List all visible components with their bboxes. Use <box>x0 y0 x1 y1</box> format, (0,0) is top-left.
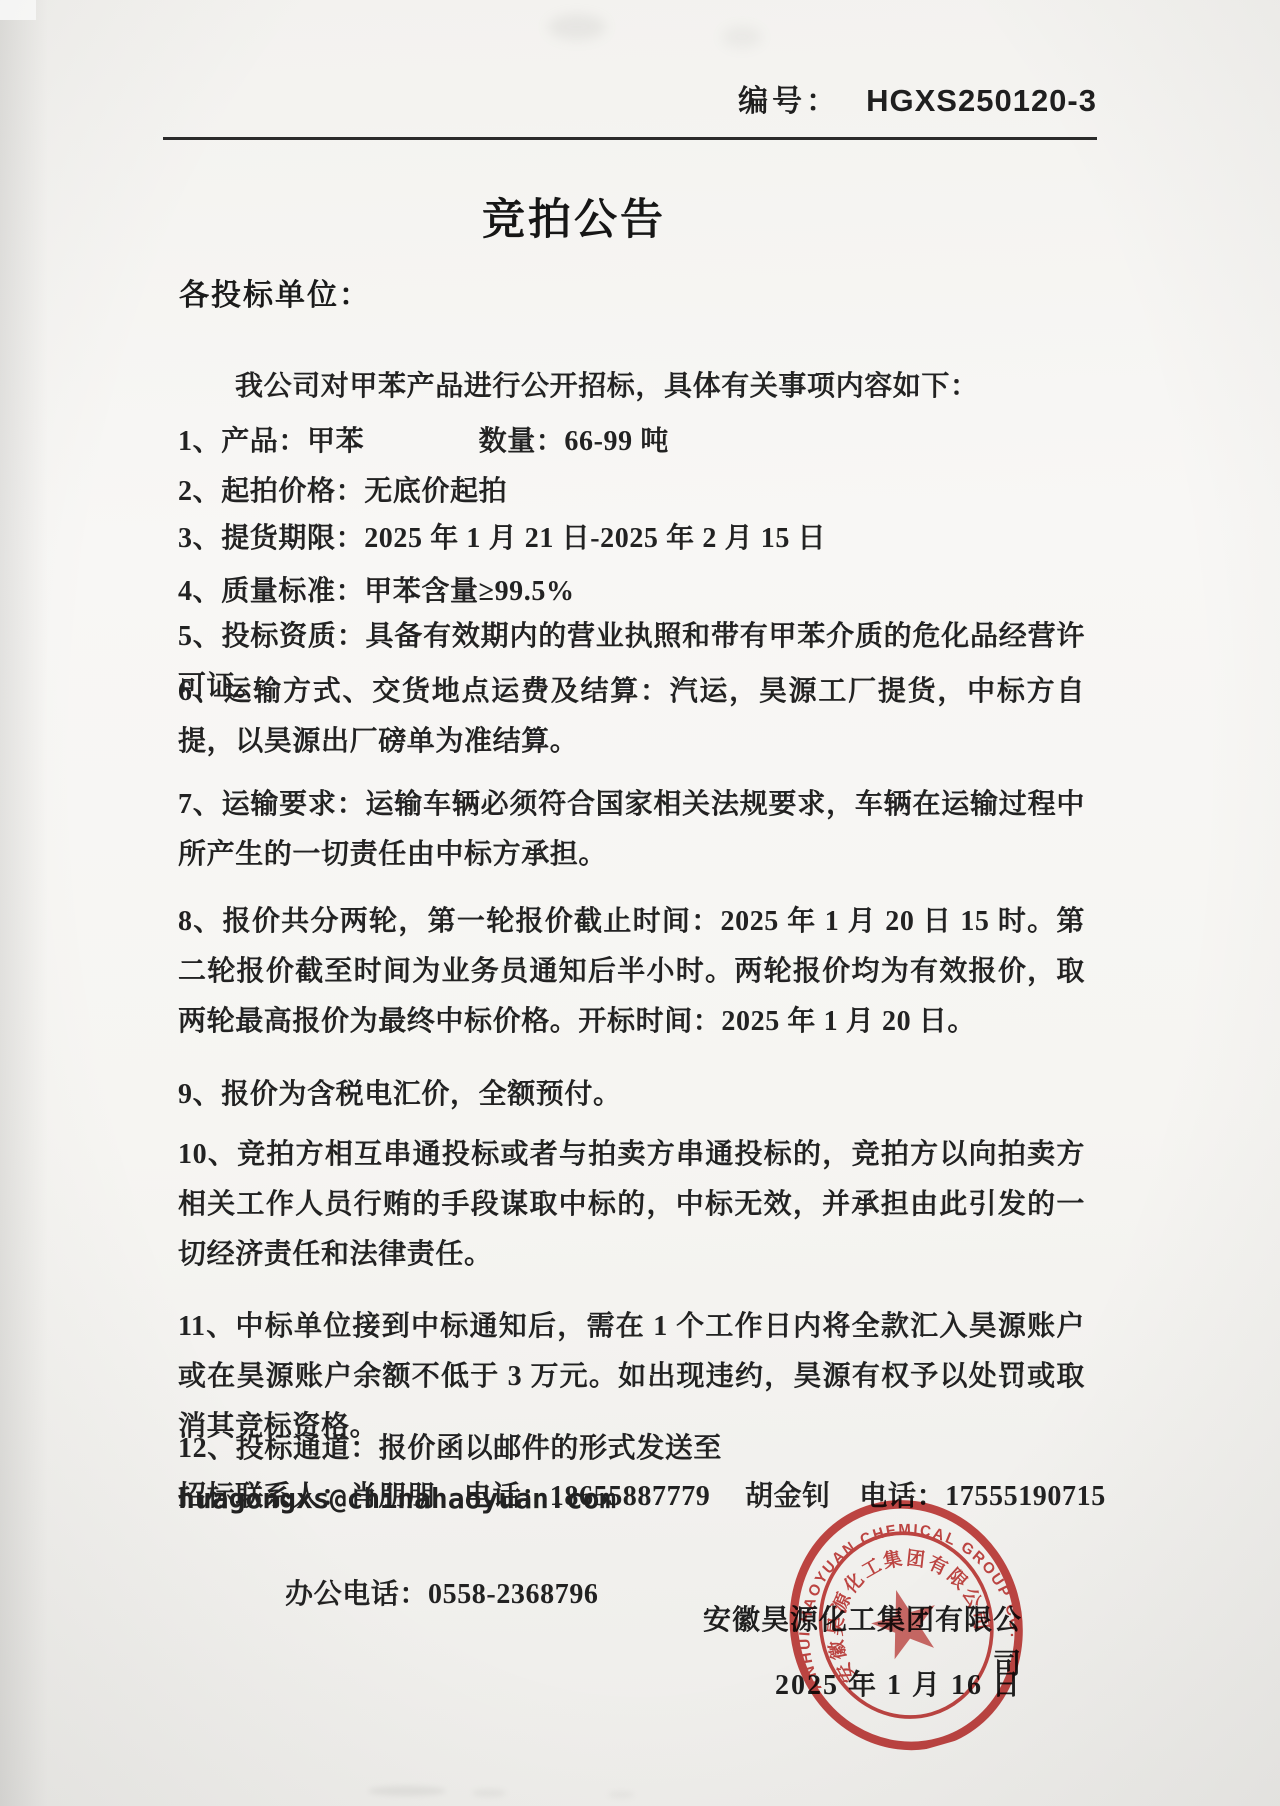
reference-code: HGXS250120-3 <box>866 83 1097 118</box>
page-title: 竞拍公告 <box>107 194 1041 246</box>
photo-corner-artifact <box>0 0 36 20</box>
reference-number-row: 编号：HGXS250120-3 <box>163 82 1097 121</box>
salutation: 各投标单位： <box>179 270 371 314</box>
notice-item-2: 2、起拍价格：无底价起拍 <box>178 467 1085 517</box>
notice-item-3: 3、提货期限：2025 年 1 月 21 日-2025 年 2 月 15 日 <box>178 514 1085 564</box>
reference-label: 编号： <box>738 85 840 118</box>
intro-paragraph: 我公司对甲苯产品进行公开招标，具体有关事项内容如下： <box>178 362 1085 412</box>
photo-smudge <box>472 1789 506 1797</box>
office-phone: 办公电话：0558-2368796 <box>178 1570 1192 1620</box>
notice-item-8: 8、报价共分两轮，第一轮报价截止时间：2025 年 1 月 20 日 15 时。… <box>178 897 1085 1047</box>
document-page: 编号：HGXS250120-3 竞拍公告 各投标单位： 我公司对甲苯产品进行公开… <box>0 0 1280 1806</box>
photo-smudge <box>722 26 762 48</box>
photo-smudge <box>368 1786 446 1796</box>
notice-item-6: 6、运输方式、交货地点运费及结算：汽运，昊源工厂提货，中标方自提，以昊源出厂磅单… <box>178 667 1085 767</box>
notice-item-9: 9、报价为含税电汇价，全额预付。 <box>178 1070 1085 1120</box>
notice-item-10: 10、竞拍方相互串通投标或者与拍卖方串通投标的，竞拍方以向拍卖方相关工作人员行贿… <box>178 1130 1085 1280</box>
notice-item-1: 1、产品：甲苯 数量：66-99 吨 <box>178 417 1085 467</box>
photo-smudge <box>608 1791 634 1798</box>
photo-smudge <box>548 14 606 40</box>
notice-item-7: 7、运输要求：运输车辆必须符合国家相关法规要求，车辆在运输过程中所产生的一切责任… <box>178 780 1085 880</box>
item-12-text: 12、投标通道：报价函以邮件的形式发送至 <box>178 1433 722 1464</box>
notice-item-4: 4、质量标准：甲苯含量≥99.5% <box>178 567 1085 617</box>
seal-star-icon <box>864 1581 946 1663</box>
header-rule <box>163 137 1097 140</box>
contact-primary: 招标联系人：肖朋朋 电话：18655887779 <box>178 1481 710 1512</box>
